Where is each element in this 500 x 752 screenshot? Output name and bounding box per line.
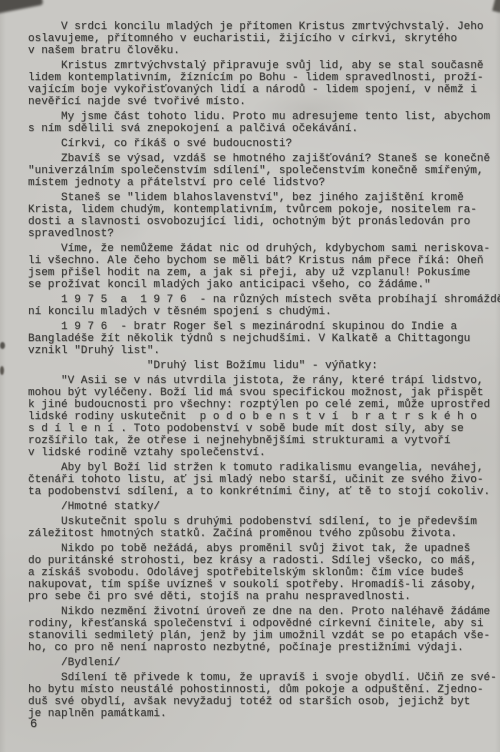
paragraph-sdileni-te-privede: Sdílení tě přivede k tomu, že upravíš i … [28, 672, 500, 720]
scan-artifact-left-edge-speck [0, 366, 4, 375]
paragraph-vime-ze-nemuzeme: Víme, že nemůžeme žádat nic od druhých, … [28, 243, 500, 291]
scanned-page-text: V srdci koncilu mladých je přítomen Kris… [28, 21, 500, 752]
page-number: 6 [30, 718, 37, 731]
paragraph-v-asii-jistota: "V Asii se v nás utvrdila jistota, že rá… [28, 375, 500, 459]
paragraph-cirkvi-otazka: Církvi, co říkáš o své budoucnosti? [28, 138, 500, 150]
paragraph-1975-a-1976: 1 9 7 5 a 1 9 7 6 - na různých místech s… [28, 294, 500, 318]
scan-artifact-top-right-corner [492, 0, 500, 13]
paragraph-uskutecnit-spolu: Uskutečnit spolu s druhými podobenství s… [28, 516, 500, 540]
section-heading-hmotne-statky: /Hmotné statky/ [28, 501, 500, 513]
scan-artifact-left-edge-speck [0, 342, 5, 349]
paragraph-intro-koncil: V srdci koncilu mladých je přítomen Kris… [28, 21, 500, 57]
section-heading-bydleni: /Bydlení/ [28, 657, 500, 669]
paragraph-my-jsme-cast: My jsme část tohoto lidu. Proto mu adres… [28, 111, 500, 135]
paragraph-aby-byl-bozi-lid: Aby byl Boží lid stržen k tomuto radikal… [28, 462, 500, 498]
paragraph-kristus-pripravuje: Kristus zmrtvýchvstalý připravuje svůj l… [28, 60, 500, 108]
paragraph-lidem-blahoslavenstvi: Staneš se "lidem blahoslavenství", bez j… [28, 192, 500, 240]
paragraph-nikdo-nezmeni: Nikdo nezmění životní úroveň ze dne na d… [28, 606, 500, 654]
scan-artifact-top-left-corner [0, 0, 43, 15]
paragraph-zbavis-se-vysad: Zbavíš se výsad, vzdáš se hmotného zajiš… [28, 153, 500, 189]
subtitle-druhy-list-vynatky: "Druhý list Božímu lidu" - výňatky: [28, 360, 500, 372]
paragraph-nikdo-po-tobe: Nikdo po tobě nežádá, abys proměnil svůj… [28, 543, 500, 603]
paragraph-1976-bratr-roger: 1 9 7 6 - bratr Roger šel s mezinárodní … [28, 321, 500, 357]
